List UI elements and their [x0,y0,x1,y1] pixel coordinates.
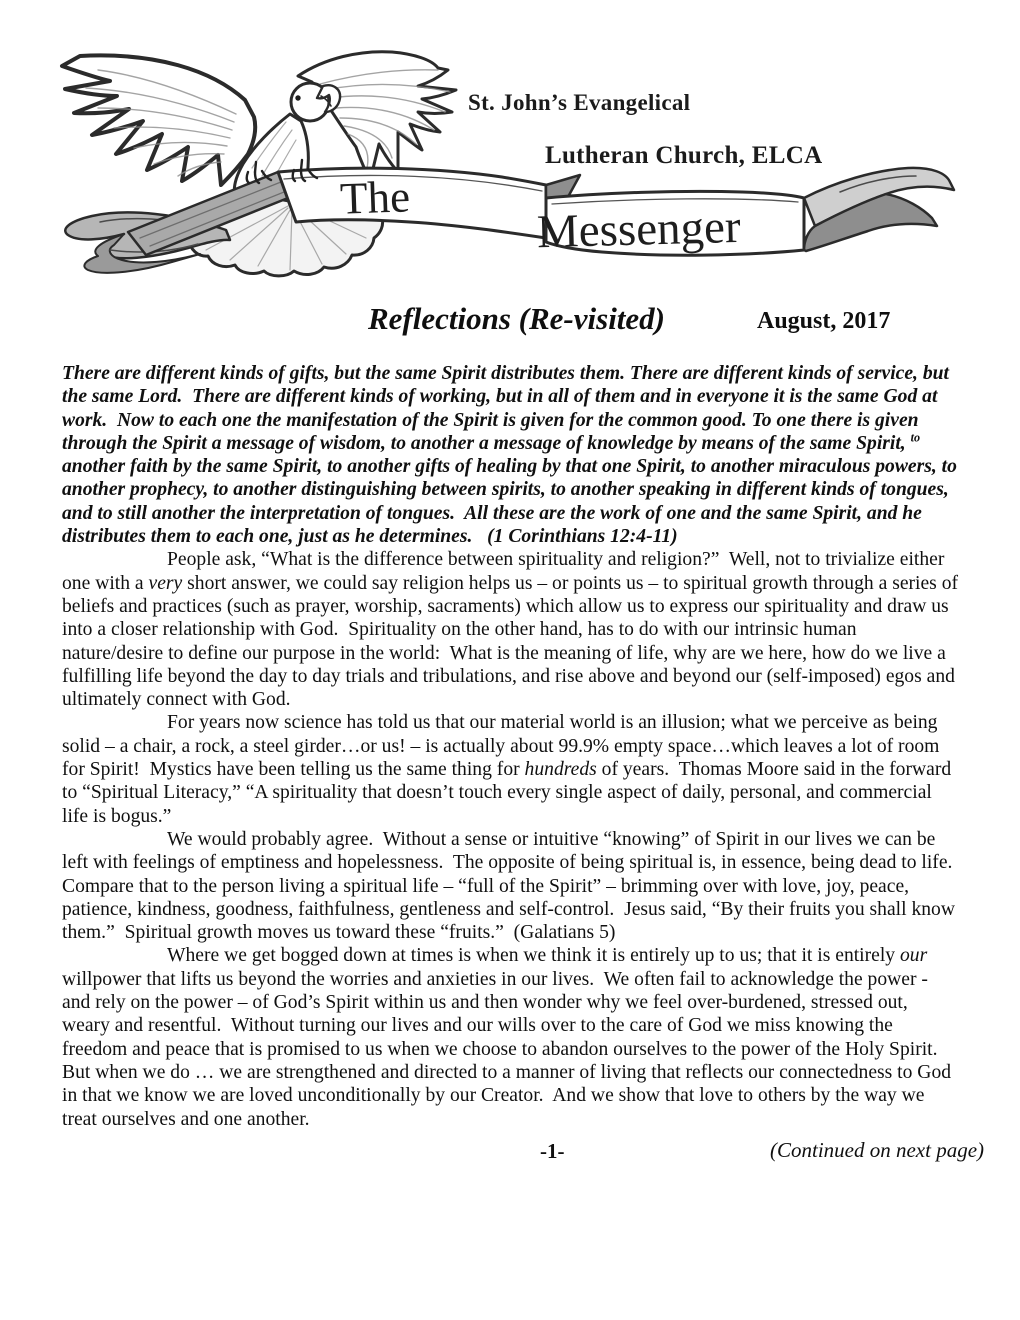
paragraph-text: short answer, we could say religion help… [62,573,963,710]
article-title: Reflections (Re-visited) [368,301,665,337]
church-name-line2: Lutheran Church, ELCA [545,142,822,170]
newsletter-page: The Messenger St. John’s Evangelical Lut… [0,0,1020,1320]
body-paragraph: For years now science has told us that o… [62,711,959,827]
dove-near-wing [62,55,255,185]
paragraph-text: Where we get bogged down at times is whe… [167,945,900,966]
verse-superscript: to [911,430,920,444]
banner-word-the: The [339,171,411,223]
continued-note: (Continued on next page) [770,1138,984,1163]
article-body: There are different kinds of gifts, but … [62,362,959,1131]
emphasized-word: very [149,573,183,594]
body-paragraph: Where we get bogged down at times is whe… [62,944,959,1130]
banner-ribbon [65,168,954,273]
scripture-text: There are different kinds of gifts, but … [62,363,954,454]
paragraph-text: We would probably agree. Without a sense… [62,829,962,943]
banner-word-messenger: Messenger [536,201,741,258]
body-paragraph: People ask, “What is the difference betw… [62,548,959,711]
page-number: -1- [540,1139,565,1164]
paragraph-text: willpower that lifts us beyond the worri… [62,945,956,1129]
emphasized-word: our [900,945,927,966]
church-name-line1: St. John’s Evangelical [468,90,690,116]
issue-date: August, 2017 [757,308,890,335]
emphasized-word: hundreds [525,759,597,780]
scripture-paragraph: There are different kinds of gifts, but … [62,362,959,548]
body-paragraph: We would probably agree. Without a sense… [62,828,959,944]
dove-eye [295,95,300,100]
